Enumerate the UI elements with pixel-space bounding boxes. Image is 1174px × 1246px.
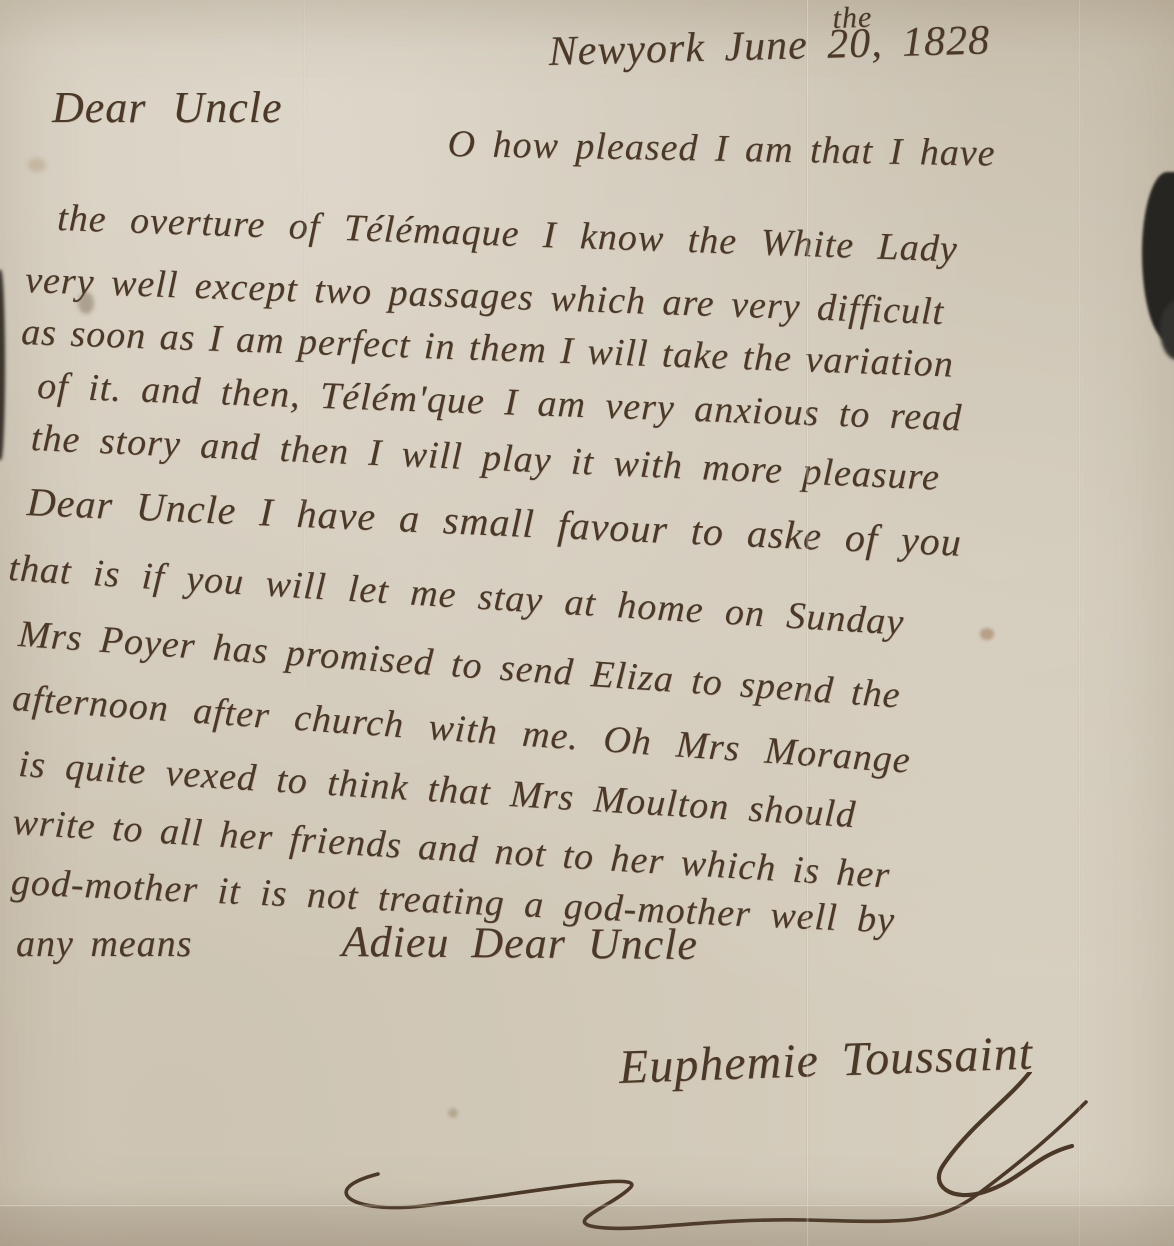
salutation: Dear Uncle bbox=[52, 82, 283, 133]
paper-stain bbox=[448, 1108, 458, 1118]
body-line: any means bbox=[16, 922, 192, 966]
body-line: the overture of Télémaque I know the Whi… bbox=[56, 196, 958, 271]
paper-stain bbox=[28, 158, 46, 172]
closing: Adieu Dear Uncle bbox=[342, 916, 699, 970]
dateline: Newyork June 20, 1828 bbox=[548, 16, 991, 76]
bottom-fold-shading bbox=[0, 1207, 1174, 1246]
paper-stain bbox=[980, 628, 994, 640]
scan-edge-shadow bbox=[0, 270, 5, 460]
fold-crease-vertical-right bbox=[1078, 0, 1081, 1246]
letter-scan: the Newyork June 20, 1828 Dear Uncle O h… bbox=[0, 0, 1174, 1246]
body-line: O how pleased I am that I have bbox=[447, 122, 996, 176]
signature: Euphemie Toussaint bbox=[618, 1026, 1034, 1095]
